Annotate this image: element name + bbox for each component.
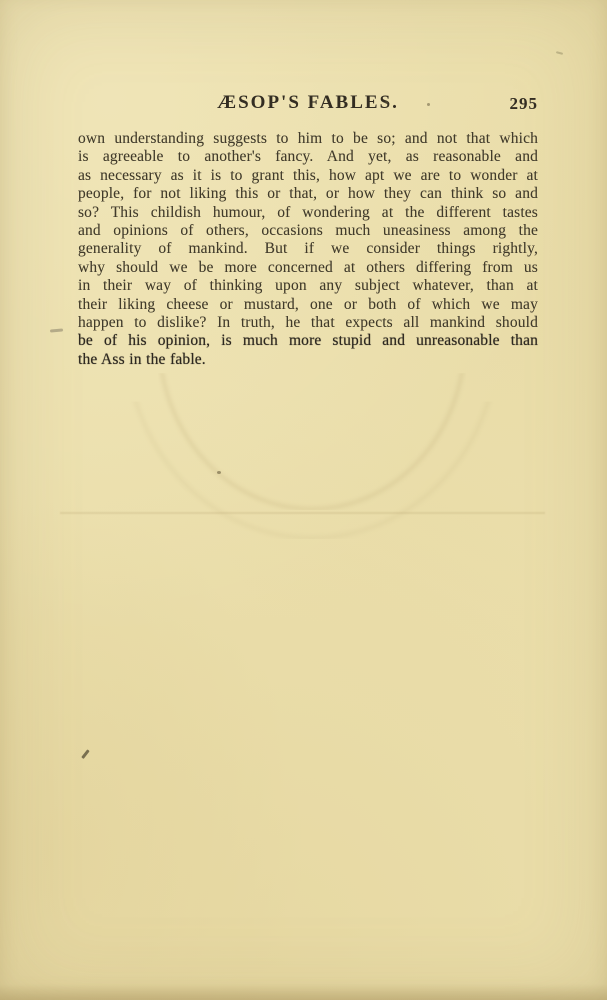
text-line-2: is agreeable to another's fancy. And yet… (78, 148, 538, 166)
text-line-5: so? This childish humour, of wondering a… (78, 204, 538, 222)
text-line-4: people, for not liking this or that, or … (78, 185, 538, 203)
margin-mark (50, 328, 63, 332)
running-title: ÆSOP'S FABLES. (78, 93, 538, 113)
body-text: own understanding suggests to him to be … (78, 130, 538, 369)
text-line-1: own understanding suggests to him to be … (78, 130, 538, 148)
show-through-rule (60, 512, 545, 514)
text-line-12: be of his opinion, is much more stupid a… (78, 332, 538, 350)
text-line-10: their liking cheese or mustard, one or b… (78, 296, 538, 314)
text-line-3: as necessary as it is to grant this, how… (78, 167, 538, 185)
text-line-13: the Ass in the fable. (78, 351, 538, 369)
text-line-11: happen to dislike? In truth, he that exp… (78, 314, 538, 332)
ink-speck (556, 51, 563, 55)
page-bottom-edge (0, 984, 607, 1000)
text-line-9: in their way of thinking upon any subjec… (78, 277, 538, 295)
text-line-6: and opinions of others, occasions much u… (78, 222, 538, 240)
text-line-8: why should we be more concerned at other… (78, 259, 538, 277)
book-page: ÆSOP'S FABLES. 295 own understanding sug… (0, 0, 607, 1000)
page-number: 295 (510, 94, 539, 114)
running-header: ÆSOP'S FABLES. 295 (78, 93, 538, 115)
ink-speck (217, 471, 221, 474)
text-line-7: generality of mankind. But if we conside… (78, 240, 538, 258)
ink-speck (81, 749, 89, 758)
